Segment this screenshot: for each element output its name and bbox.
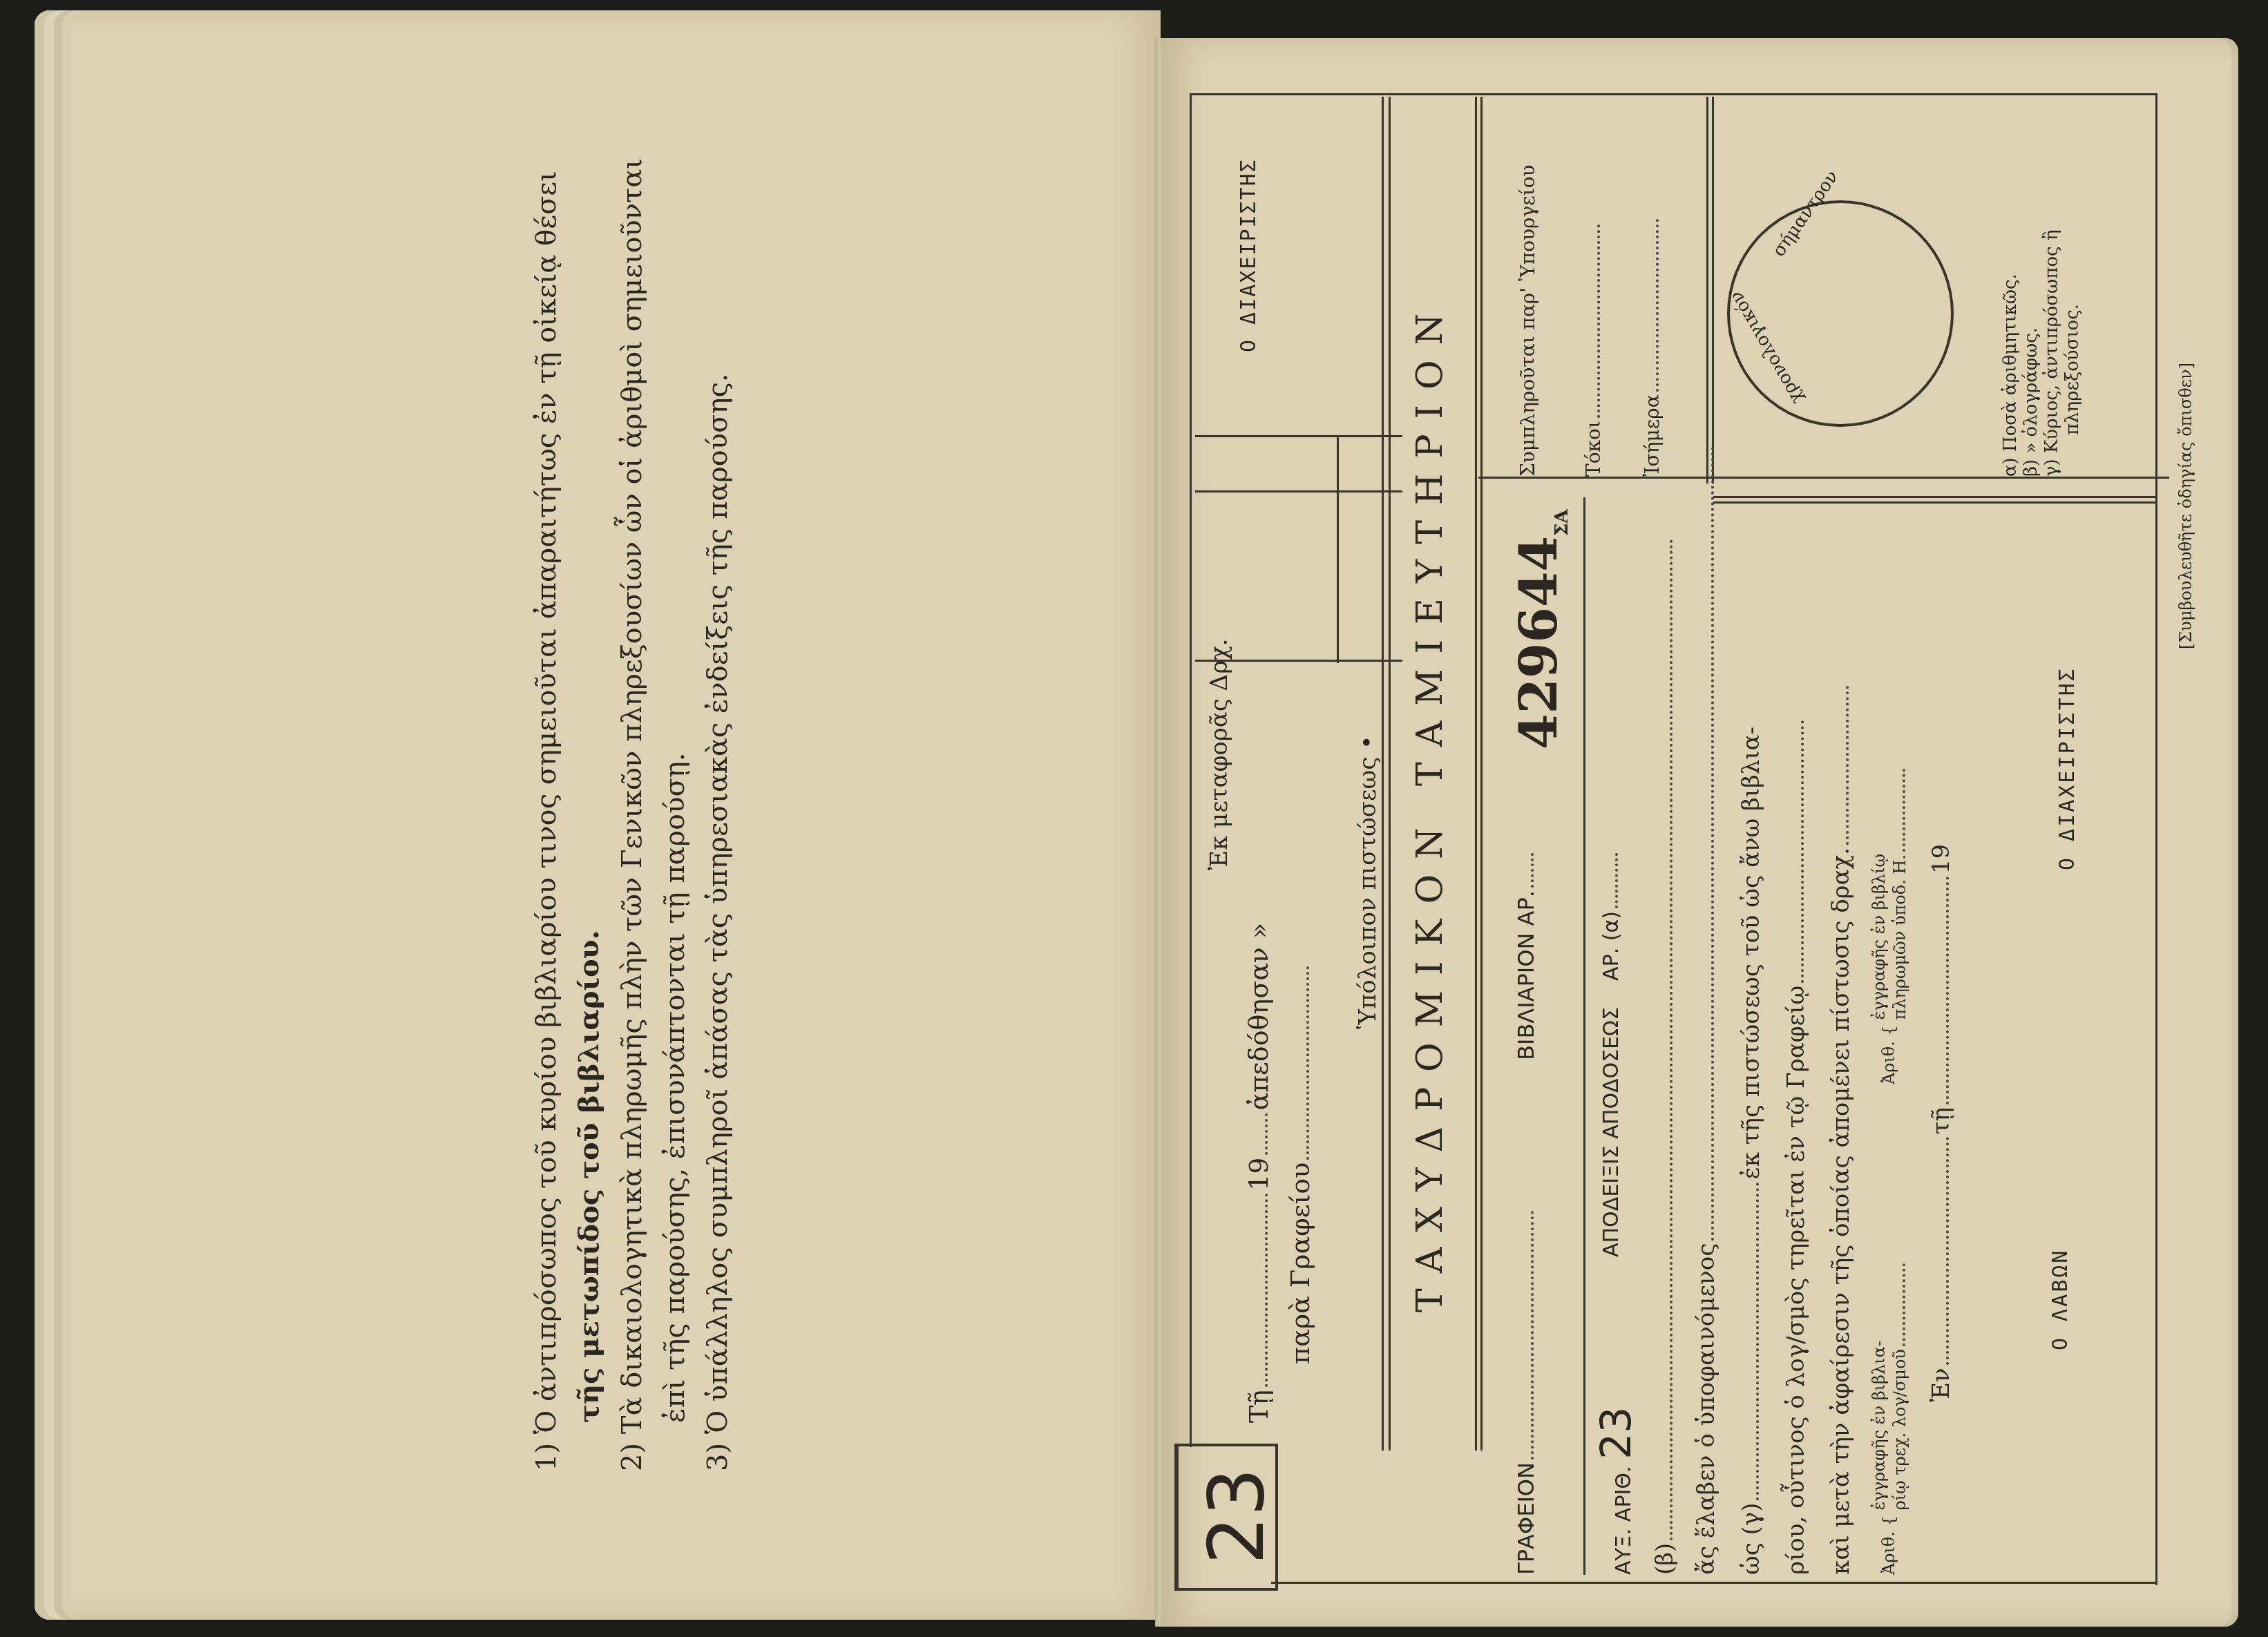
stamp-col-rule-b [1712, 97, 1714, 484]
instruction-1-cont: τῆς μετωπίδος τοῦ βιβλιαρίου. [568, 158, 611, 1471]
form-frame-bottom [1271, 1582, 2157, 1584]
tokoi-field: Τόκοι [1582, 222, 1605, 477]
form-frame-top [1190, 93, 2157, 95]
instructions-block: 1) Ὁ ἀντιπρόσωπος τοῦ κυρίου βιβλιαρίου … [525, 158, 739, 1471]
line-kai: καὶ μετὰ τὴν ἀφαίρεσιν τῆς ὁποίας ἀπομέν… [1827, 683, 1855, 1575]
form-title: ΤΑΧΥΔΡΟΜΙΚΟΝ ΤΑΜΙΕΥΤΗΡΙΟΝ [1409, 298, 1451, 1312]
ministry-divider [1478, 477, 2169, 479]
title-rule-left-a [1382, 97, 1384, 1451]
counterfoil-ypoloipon: Ὑπόλοιπον πιστώσεως • [1354, 736, 1382, 1029]
line-os: ὡς (γ)ἐκ τῆς πιστώσεως τοῦ ὡς ἄνω βιβλια… [1737, 727, 1765, 1575]
counterfoil-signature: Ο ΔΙΑΧΕΙΡΙΣΤΗΣ [1237, 158, 1261, 352]
instruction-3: 3) Ὁ ὑπάλληλος συμπληροῖ ἁπάσας τὰς ὑπηρ… [696, 158, 739, 1471]
serial-underline [1583, 497, 1585, 1575]
date-line: Ἐντῇ19 [1927, 844, 1955, 1402]
counterfoil-ek-metaforas: Ἐκ μεταφορᾶς Δρχ. [1206, 638, 1233, 870]
title-rule-right-b [1480, 97, 1483, 1451]
counterfoil-grid-top [1195, 660, 1402, 662]
serial-number: 429644ΣΑ [1509, 510, 1572, 750]
manager-signature: Ο ΔΙΑΧΕΙΡΙΣΤΗΣ [2055, 667, 2079, 870]
footer-note: [Συμβουλευθῆτε ὁδηγίας ὄπισθεν] [2176, 363, 2195, 649]
instruction-2-cont: ἐπὶ τῆς παρούσης, ἐπισυνάπτονται τῇ παρο… [654, 158, 696, 1471]
ministry-note: Συμπληροῦται παρ' Ὑπουργείου [1516, 164, 1539, 477]
arith-left: Ἀριθ. { ἐγγραφῆς ἐν βιβλια- ρίῳ τρεχ. λο… [1869, 1261, 1910, 1575]
counterfoil-para-grafeiou: παρὰ Γραφείου [1285, 964, 1315, 1364]
line-riou: ρίου, οὗτινος ὁ λογ/σμὸς τηρεῖται ἐν τῷ … [1782, 718, 1810, 1575]
title-rule-right-a [1475, 97, 1477, 1451]
apodeixis-label: ΑΠΟΔΕΙΞΙΣ ΑΠΟΔΟΣΕΩΣ ΑΡ. (α) [1599, 850, 1623, 1257]
grafeion-field: ΓΡΑΦΕΙΟΝ [1513, 1208, 1539, 1575]
ay-arith: ΑΥΞ. ΑΡΙΘ. 23 [1592, 1407, 1641, 1575]
line-b: (β) [1651, 536, 1679, 1575]
instruction-1: 1) Ὁ ἀντιπρόσωπος τοῦ κυρίου βιβλιαρίου … [525, 158, 568, 1471]
receiver-signature: Ο ΛΑΒΩΝ [2048, 1249, 2072, 1350]
form-frame-left [1190, 93, 1192, 1447]
form-number: 23 [1199, 1468, 1275, 1564]
stamp-col-rule-a [1706, 97, 1708, 484]
date-stamp-circle [1727, 200, 1954, 427]
counterfoil-ti: Τῇ19ἀπεδόθησαν » [1243, 923, 1274, 1423]
counterfoil-grid-bottom [1195, 435, 1402, 437]
isimera-field: Ἰσήμερα [1641, 216, 1664, 477]
vivliarion-field: ΒΙΒΛΙΑΡΙΟΝ ΑΡ. [1513, 850, 1539, 1060]
line-elaven: ἄς ἔλαβεν ὁ ὑποφαινόμενος [1693, 443, 1720, 1575]
notes-divider-b [1713, 501, 2155, 504]
notes-divider-a [1713, 496, 2155, 498]
footnotes: α) Ποσὰ ἀριθμητικῶς. β) » ὁλογράφως. γ) … [2000, 230, 2083, 477]
instruction-2: 2) Τὰ δικαιολογητικὰ πληρωμῆς πλὴν τῶν Γ… [611, 158, 654, 1471]
form-frame-right [2155, 93, 2157, 1585]
counterfoil-grid-rule [1337, 435, 1339, 663]
arith-right: Ἀριθ. { ἐγγραφῆς ἐν βιβλίῳ πληρωμῶν ὑποδ… [1869, 766, 1910, 1084]
title-rule-left-b [1389, 97, 1391, 1451]
counterfoil-grid-mid [1195, 490, 1402, 492]
